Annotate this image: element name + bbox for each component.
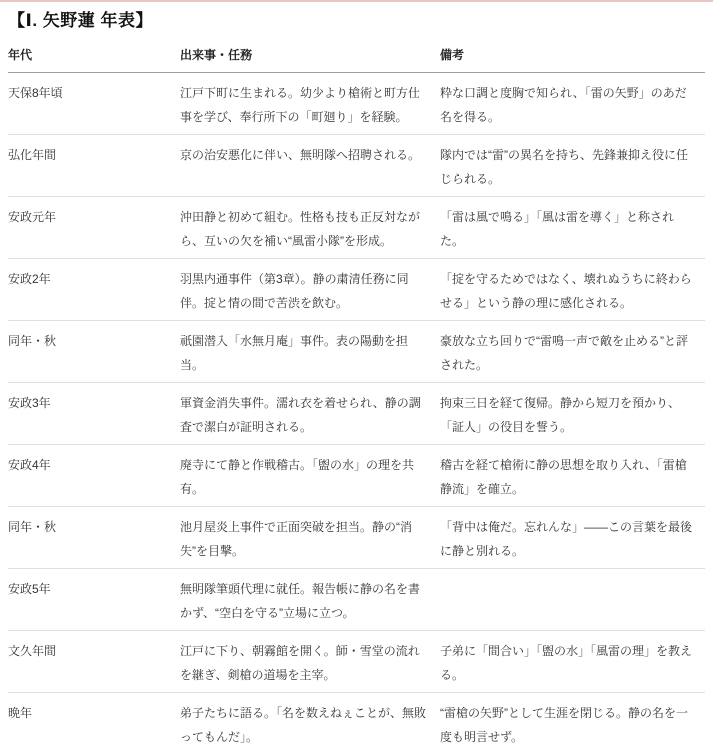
table-row: 天保8年頃江戸下町に生まれる。幼少より槍術と町方仕事を学び、奉行所下の「町廻り」… <box>8 73 705 135</box>
cell-era: 安政5年 <box>8 569 180 631</box>
table-row: 安政3年軍資金消失事件。濡れ衣を着せられ、静の調査で潔白が証明される。拘束三日を… <box>8 383 705 445</box>
cell-event: 無明隊筆頭代理に就任。報告帳に静の名を書かず、“空白を守る”立場に立つ。 <box>180 569 440 631</box>
cell-era: 安政2年 <box>8 259 180 321</box>
table-row: 安政5年無明隊筆頭代理に就任。報告帳に静の名を書かず、“空白を守る”立場に立つ。 <box>8 569 705 631</box>
cell-era: 文久年間 <box>8 631 180 693</box>
cell-era: 同年・秋 <box>8 321 180 383</box>
table-row: 安政元年沖田静と初めて組む。性格も技も正反対ながら、互いの欠を補い“風雷小隊”を… <box>8 197 705 259</box>
cell-era: 安政4年 <box>8 445 180 507</box>
cell-note <box>440 569 705 631</box>
cell-era: 同年・秋 <box>8 507 180 569</box>
column-header-era: 年代 <box>8 41 180 73</box>
table-row: 同年・秋祇園潜入「水無月庵」事件。表の陽動を担当。豪放な立ち回りで“雷鳴一声で敵… <box>8 321 705 383</box>
cell-era: 晩年 <box>8 693 180 750</box>
cell-note: 稽古を経て槍術に静の思想を取り入れ、「雷槍静流」を確立。 <box>440 445 705 507</box>
cell-event: 沖田静と初めて組む。性格も技も正反対ながら、互いの欠を補い“風雷小隊”を形成。 <box>180 197 440 259</box>
cell-event: 京の治安悪化に伴い、無明隊へ招聘される。 <box>180 135 440 197</box>
cell-event: 江戸下町に生まれる。幼少より槍術と町方仕事を学び、奉行所下の「町廻り」を経験。 <box>180 73 440 135</box>
cell-note: 「背中は俺だ。忘れんな」――この言葉を最後に静と別れる。 <box>440 507 705 569</box>
cell-event: 軍資金消失事件。濡れ衣を着せられ、静の調査で潔白が証明される。 <box>180 383 440 445</box>
cell-event: 江戸に下り、朝霧館を開く。師・雪堂の流れを継ぎ、剣槍の道場を主宰。 <box>180 631 440 693</box>
cell-event: 祇園潜入「水無月庵」事件。表の陽動を担当。 <box>180 321 440 383</box>
chronology-table: 年代 出来事・任務 備考 天保8年頃江戸下町に生まれる。幼少より槍術と町方仕事を… <box>8 41 705 750</box>
cell-era: 弘化年間 <box>8 135 180 197</box>
cell-note: 「掟を守るためではなく、壊れぬうちに終わらせる」という静の理に感化される。 <box>440 259 705 321</box>
cell-note: 隊内では“雷”の異名を持ち、先鋒兼抑え役に任じられる。 <box>440 135 705 197</box>
cell-event: 弟子たちに語る。「名を数えねぇことが、無敗ってもんだ」。 <box>180 693 440 750</box>
table-row: 安政4年廃寺にて静と作戦稽古。「盥の水」の理を共有。稽古を経て槍術に静の思想を取… <box>8 445 705 507</box>
cell-event: 羽黒内通事件（第3章）。静の粛清任務に同伴。掟と情の間で苦渋を飲む。 <box>180 259 440 321</box>
cell-event: 池月屋炎上事件で正面突破を担当。静の“消失”を目撃。 <box>180 507 440 569</box>
cell-note: “雷槍の矢野”として生涯を閉じる。静の名を一度も明言せず。 <box>440 693 705 750</box>
table-row: 文久年間江戸に下り、朝霧館を開く。師・雪堂の流れを継ぎ、剣槍の道場を主宰。子弟に… <box>8 631 705 693</box>
cell-era: 安政3年 <box>8 383 180 445</box>
cell-era: 安政元年 <box>8 197 180 259</box>
chronology-page: 【Ⅰ. 矢野蓮 年表】 年代 出来事・任務 備考 天保8年頃江戸下町に生まれる。… <box>0 6 713 750</box>
table-header-row: 年代 出来事・任務 備考 <box>8 41 705 73</box>
cell-event: 廃寺にて静と作戦稽古。「盥の水」の理を共有。 <box>180 445 440 507</box>
column-header-note: 備考 <box>440 41 705 73</box>
page-title: 【Ⅰ. 矢野蓮 年表】 <box>8 6 705 31</box>
cell-note: 「雷は風で鳴る」「風は雷を導く」と称された。 <box>440 197 705 259</box>
table-row: 安政2年羽黒内通事件（第3章）。静の粛清任務に同伴。掟と情の間で苦渋を飲む。「掟… <box>8 259 705 321</box>
cell-era: 天保8年頃 <box>8 73 180 135</box>
table-body: 天保8年頃江戸下町に生まれる。幼少より槍術と町方仕事を学び、奉行所下の「町廻り」… <box>8 73 705 750</box>
cell-note: 豪放な立ち回りで“雷鳴一声で敵を止める”と評された。 <box>440 321 705 383</box>
table-row: 同年・秋池月屋炎上事件で正面突破を担当。静の“消失”を目撃。「背中は俺だ。忘れん… <box>8 507 705 569</box>
cell-note: 拘束三日を経て復帰。静から短刀を預かり、「証人」の役目を誓う。 <box>440 383 705 445</box>
cell-note: 粋な口調と度胸で知られ、「雷の矢野」のあだ名を得る。 <box>440 73 705 135</box>
table-row: 弘化年間京の治安悪化に伴い、無明隊へ招聘される。隊内では“雷”の異名を持ち、先鋒… <box>8 135 705 197</box>
cell-note: 子弟に「間合い」「盥の水」「風雷の理」を教える。 <box>440 631 705 693</box>
table-row: 晩年弟子たちに語る。「名を数えねぇことが、無敗ってもんだ」。“雷槍の矢野”として… <box>8 693 705 750</box>
column-header-event: 出来事・任務 <box>180 41 440 73</box>
